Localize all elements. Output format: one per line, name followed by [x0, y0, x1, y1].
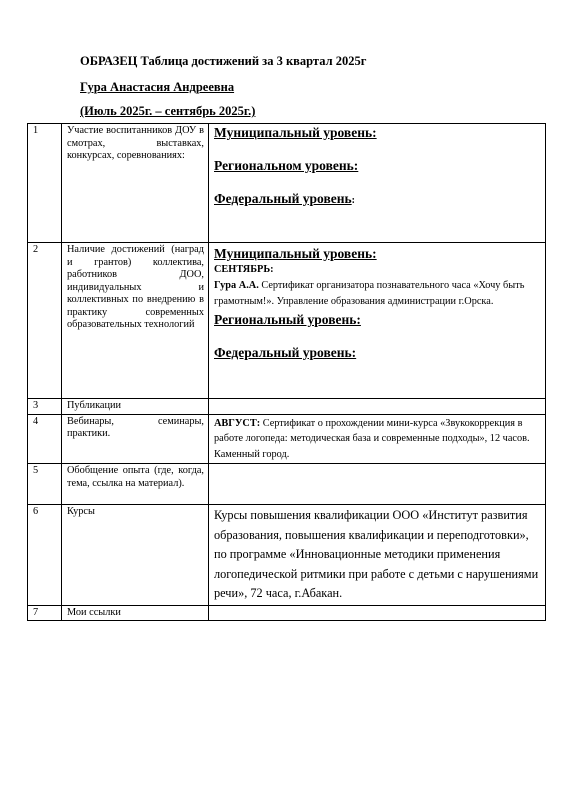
achievement-entry: Сертификат о прохождении мини-курса «Зву… — [214, 418, 530, 460]
table-row: 1 Участие воспитанников ДОУ в смотрах, в… — [28, 124, 546, 243]
table-row: 3 Публикации — [28, 399, 546, 415]
row-content — [209, 399, 546, 415]
document-title: ОБРАЗЕЦ Таблица достижений за 3 квартал … — [80, 53, 366, 69]
row-category: Публикации — [62, 399, 209, 415]
row-number: 3 — [28, 399, 62, 415]
federal-level-label: Федеральный уровень: — [214, 191, 541, 209]
month-label: АВГУСТ: — [214, 418, 260, 429]
federal-level-label: Федеральный уровень: — [214, 345, 541, 361]
row-category: Участие воспитанников ДОУ в смотрах, выс… — [62, 124, 209, 243]
row-content — [209, 605, 546, 621]
row-number: 4 — [28, 414, 62, 464]
table-row: 7 Мои ссылки — [28, 605, 546, 621]
table-row: 5 Обобщение опыта (где, когда, тема, ссы… — [28, 464, 546, 505]
row-category: Курсы — [62, 505, 209, 606]
row-content: Муниципальный уровень: СЕНТЯБРЬ: Гура А.… — [209, 243, 546, 399]
municipal-level-label: Муниципальный уровень: — [214, 246, 541, 262]
regional-level-label: Региональный уровень: — [214, 312, 541, 328]
row-number: 6 — [28, 505, 62, 606]
row-category: Обобщение опыта (где, когда, тема, ссылк… — [62, 464, 209, 505]
achievements-table: 1 Участие воспитанников ДОУ в смотрах, в… — [27, 123, 546, 621]
month-label: СЕНТЯБРЬ: — [214, 264, 274, 275]
row-content: Муниципальный уровень: Региональном уров… — [209, 124, 546, 243]
row-number: 7 — [28, 605, 62, 621]
person-label: Гура А.А. — [214, 280, 259, 291]
row-content: АВГУСТ: Сертификат о прохождении мини-ку… — [209, 414, 546, 464]
row-number: 1 — [28, 124, 62, 243]
row-category: Мои ссылки — [62, 605, 209, 621]
table-row: 4 Вебинары, семинары, практики. АВГУСТ: … — [28, 414, 546, 464]
table-row: 2 Наличие достижений (наград и грантов) … — [28, 243, 546, 399]
report-period: (Июль 2025г. – сентябрь 2025г.) — [80, 103, 255, 119]
row-number: 2 — [28, 243, 62, 399]
row-content — [209, 464, 546, 505]
municipal-level-label: Муниципальный уровень: — [214, 125, 541, 141]
row-content: Курсы повышения квалификации ООО «Инстит… — [209, 505, 546, 606]
person-name: Гура Анастасия Андреевна — [80, 79, 234, 95]
row-number: 5 — [28, 464, 62, 505]
row-category: Наличие достижений (наград и грантов) ко… — [62, 243, 209, 399]
row-category: Вебинары, семинары, практики. — [62, 414, 209, 464]
achievement-entry: Сертификат организатора познавательного … — [214, 280, 524, 307]
regional-level-label: Региональном уровень: — [214, 158, 541, 174]
table-row: 6 Курсы Курсы повышения квалификации ООО… — [28, 505, 546, 606]
